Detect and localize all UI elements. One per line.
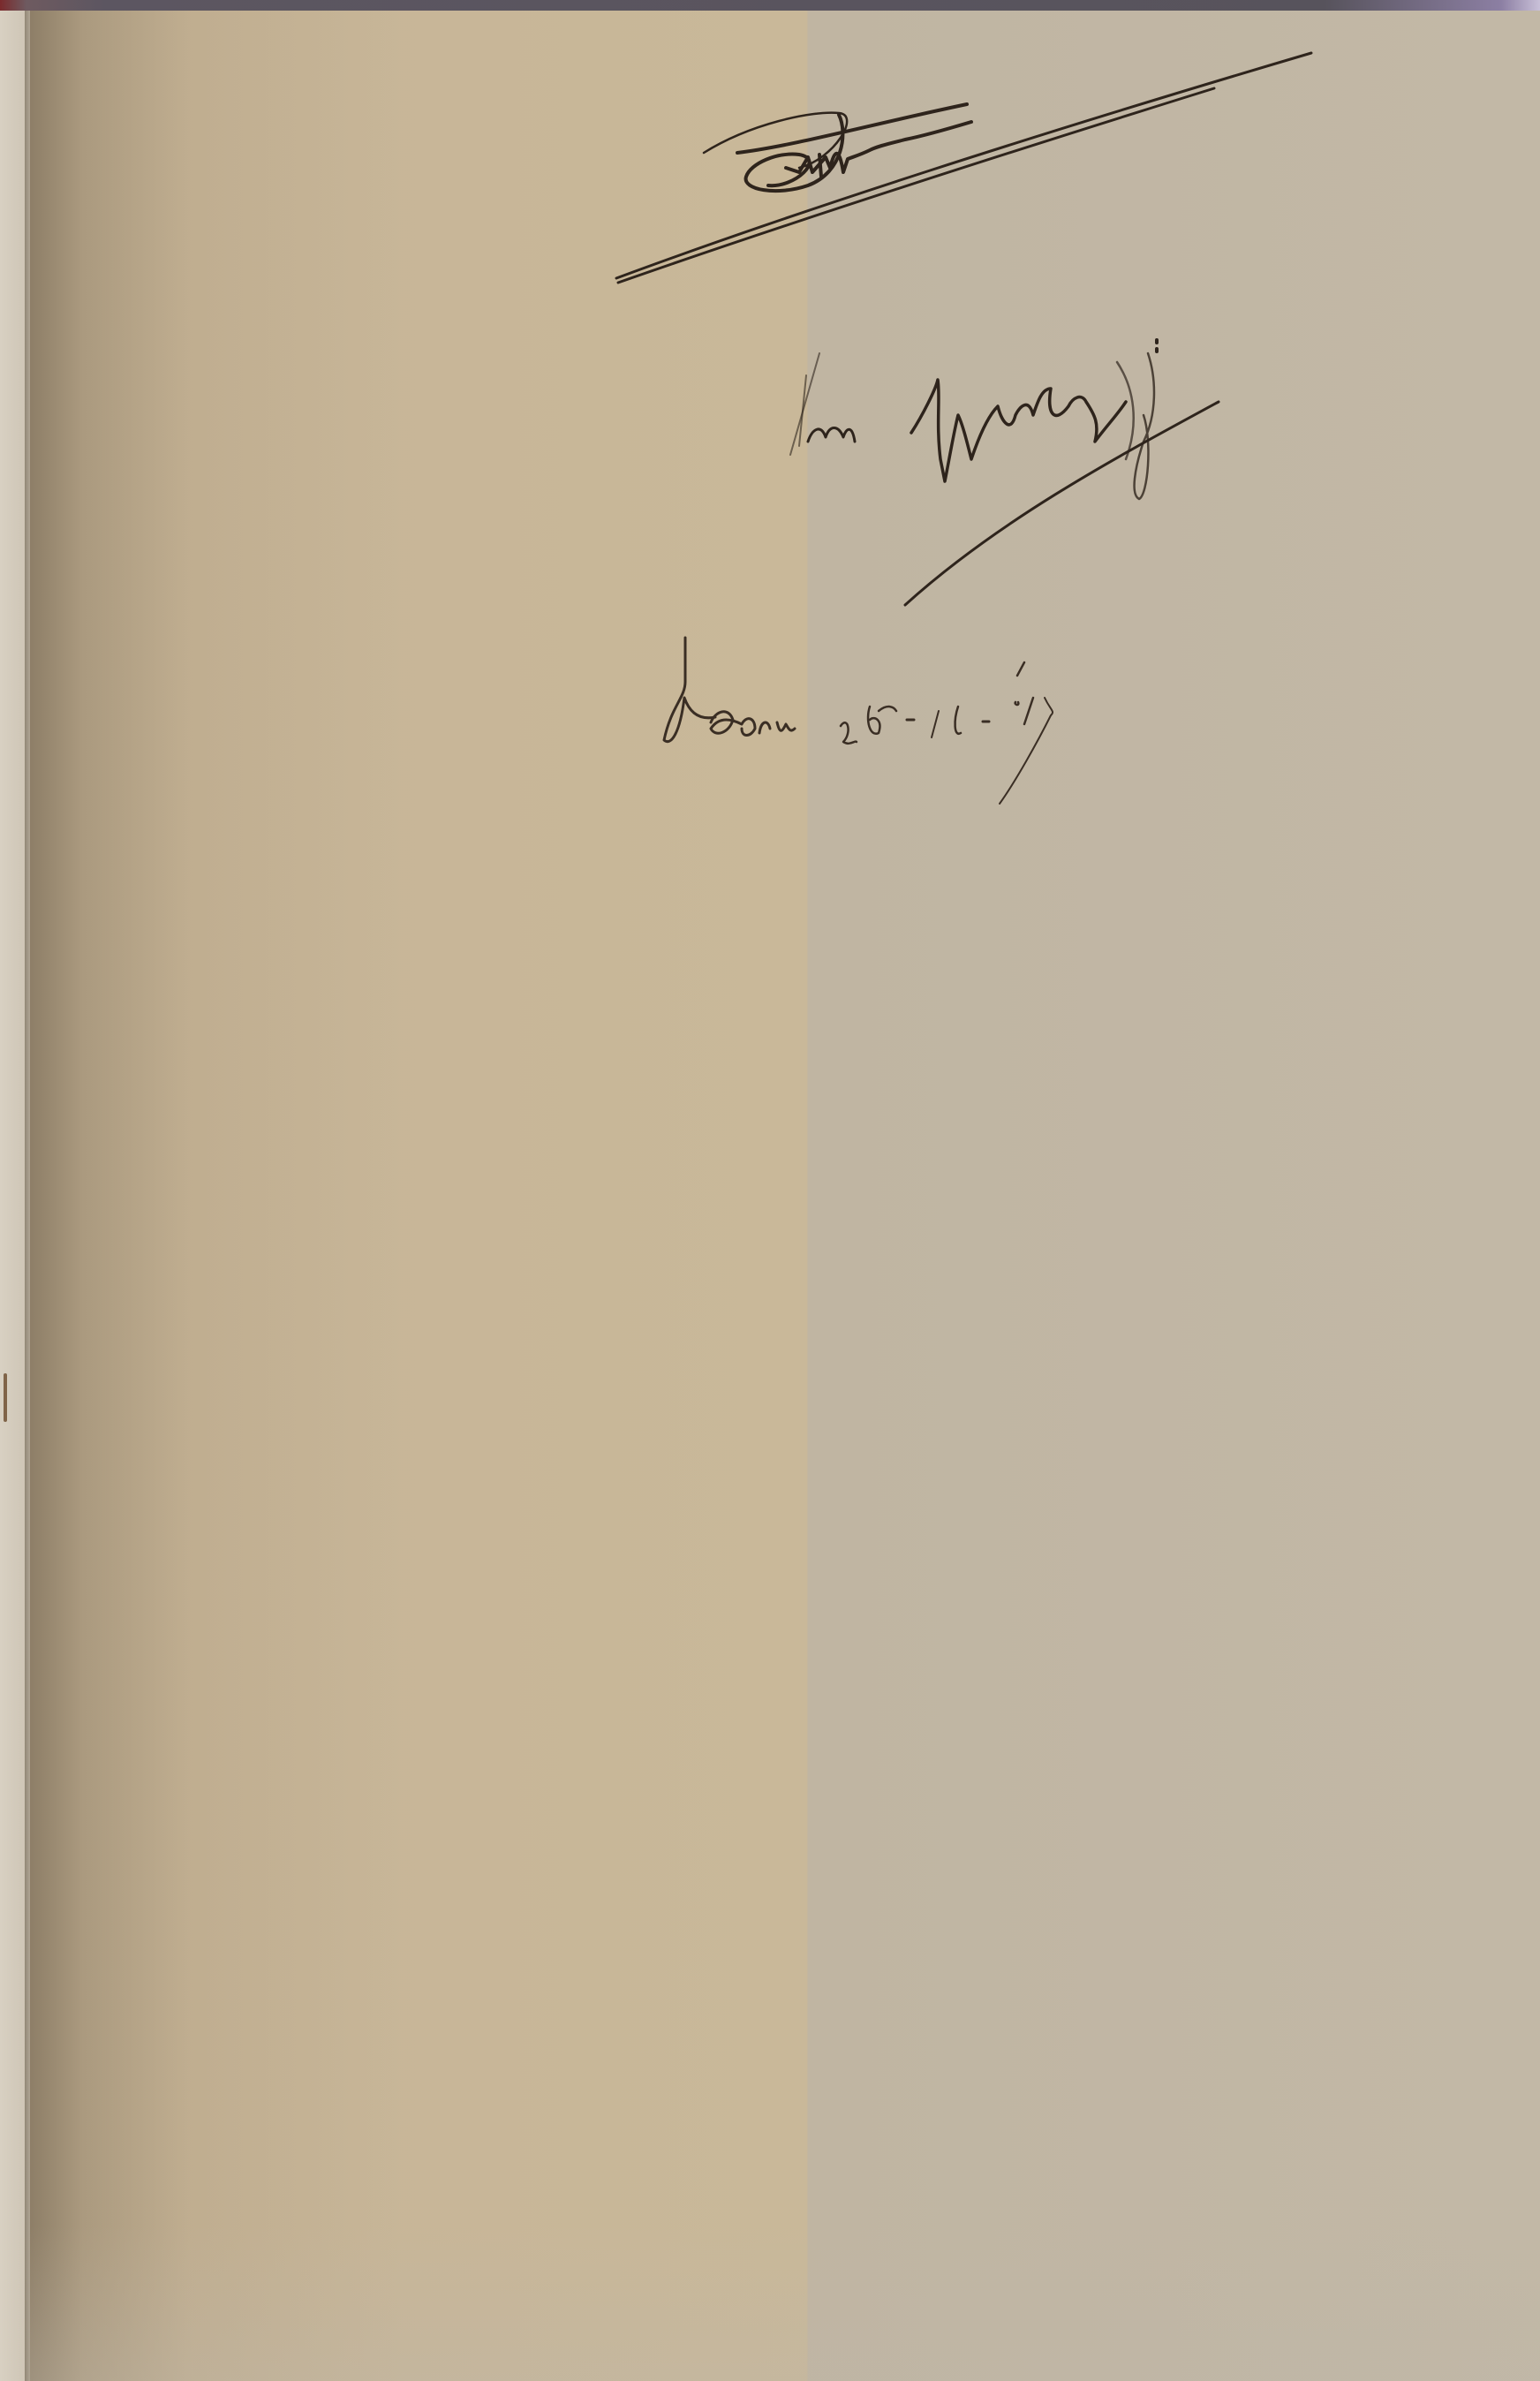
place-date-strokes [664, 638, 1053, 804]
signature-2-strokes [790, 340, 1219, 605]
handwriting-layer [0, 0, 1540, 2381]
signature-1-strokes [616, 53, 1311, 283]
